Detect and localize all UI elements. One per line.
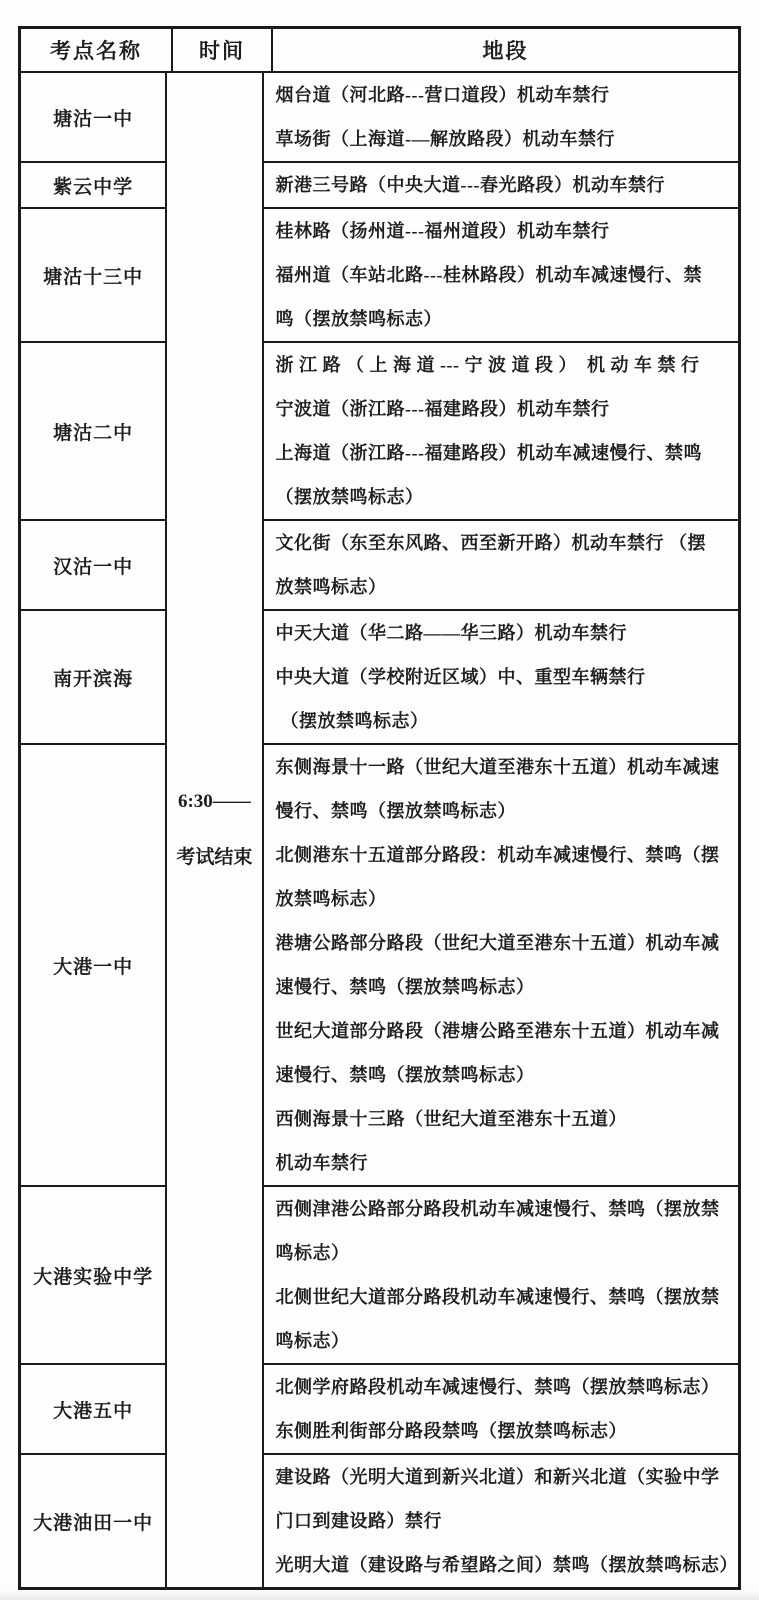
road-section-line: （摆放禁鸣标志）	[276, 475, 739, 519]
road-section-line: 西侧津港公路部分路段机动车减速慢行、禁鸣（摆放禁	[276, 1187, 739, 1231]
road-section-line: 门口到建设路）禁行	[276, 1499, 739, 1543]
road-section-line: 东侧海景十一路（世纪大道至港东十五道）机动车减速	[276, 745, 739, 789]
road-section-line: 北侧世纪大道部分路段机动车减速慢行、禁鸣（摆放禁	[276, 1275, 739, 1319]
table-body: 塘沽一中紫云中学塘沽十三中塘沽二中汉沽一中南开滨海大港一中大港实验中学大港五中大…	[21, 73, 738, 1587]
road-section-line: 机动车禁行	[276, 1141, 739, 1185]
road-section-cell: 东侧海景十一路（世纪大道至港东十五道）机动车减速慢行、禁鸣（摆放禁鸣标志）北侧港…	[264, 745, 739, 1187]
site-name-cell: 大港实验中学	[21, 1187, 165, 1365]
table-header-row: 考点名称 时间 地段	[21, 29, 738, 73]
road-section-cell: 西侧津港公路部分路段机动车减速慢行、禁鸣（摆放禁鸣标志）北侧世纪大道部分路段机动…	[264, 1187, 739, 1365]
road-section-line: 放禁鸣标志）	[276, 565, 739, 609]
road-section-line: 北侧港东十五道部分路段：机动车减速慢行、禁鸣（摆	[276, 833, 739, 877]
road-section-line: 文化街（东至东风路、西至新开路）机动车禁行 （摆	[276, 521, 739, 565]
road-section-line: 鸣标志）	[276, 1319, 739, 1363]
site-name-cell: 塘沽一中	[21, 73, 165, 163]
header-time: 时间	[173, 29, 273, 71]
road-section-line: 鸣（摆放禁鸣标志）	[276, 297, 739, 341]
exam-traffic-table: 考点名称 时间 地段 塘沽一中紫云中学塘沽十三中塘沽二中汉沽一中南开滨海大港一中…	[18, 26, 741, 1590]
road-section-line: 浙 江 路 （ 上 海 道 --- 宁 波 道 段 ） 机 动 车 禁 行	[276, 343, 739, 387]
road-section-line: 建设路（光明大道到新兴北道）和新兴北道（实验中学	[276, 1455, 739, 1499]
road-section-line: （摆放禁鸣标志）	[276, 699, 739, 743]
road-section-cell: 烟台道（河北路---营口道段）机动车禁行草场街（上海道-—解放路段）机动车禁行	[264, 73, 739, 163]
site-name-column: 塘沽一中紫云中学塘沽十三中塘沽二中汉沽一中南开滨海大港一中大港实验中学大港五中大…	[21, 73, 167, 1587]
header-site-name: 考点名称	[21, 29, 173, 71]
site-name-cell: 南开滨海	[21, 611, 165, 745]
road-section-line: 港塘公路部分路段（世纪大道至港东十五道）机动车减	[276, 921, 739, 965]
road-section-line: 北侧学府路段机动车减速慢行、禁鸣（摆放禁鸣标志）	[276, 1365, 739, 1409]
road-section-line: 西侧海景十三路（世纪大道至港东十五道）	[276, 1097, 739, 1141]
site-name-cell: 大港一中	[21, 745, 165, 1187]
road-section-line: 草场街（上海道-—解放路段）机动车禁行	[276, 117, 739, 161]
road-section-cell: 浙 江 路 （ 上 海 道 --- 宁 波 道 段 ） 机 动 车 禁 行宁波道…	[264, 343, 739, 521]
road-section-line: 中天大道（华二路——华三路）机动车禁行	[276, 611, 739, 655]
site-name-cell: 塘沽二中	[21, 343, 165, 521]
time-merged-cell: 6:30—— 考试结束	[167, 73, 263, 1587]
road-section-cell: 文化街（东至东风路、西至新开路）机动车禁行 （摆放禁鸣标志）	[264, 521, 739, 611]
road-section-line: 上海道（浙江路---福建路段）机动车减速慢行、禁鸣	[276, 431, 739, 475]
site-name-cell: 大港油田一中	[21, 1455, 165, 1587]
road-section-line: 慢行、禁鸣（摆放禁鸣标志）	[276, 789, 739, 833]
road-section-line: 鸣标志）	[276, 1231, 739, 1275]
road-section-line: 桂林路（扬州道---福州道段）机动车禁行	[276, 209, 739, 253]
road-section-cell: 新港三号路（中央大道---春光路段）机动车禁行	[264, 163, 739, 209]
road-section-cell: 北侧学府路段机动车减速慢行、禁鸣（摆放禁鸣标志）东侧胜利街部分路段禁鸣（摆放禁鸣…	[264, 1365, 739, 1455]
road-section-line: 放禁鸣标志）	[276, 877, 739, 921]
road-section-line: 福州道（车站北路---桂林路段）机动车减速慢行、禁	[276, 253, 739, 297]
site-name-cell: 塘沽十三中	[21, 209, 165, 343]
time-start: 6:30——	[178, 774, 251, 830]
site-name-cell: 汉沽一中	[21, 521, 165, 611]
road-section-column: 烟台道（河北路---营口道段）机动车禁行草场街（上海道-—解放路段）机动车禁行新…	[264, 73, 739, 1587]
road-section-cell: 中天大道（华二路——华三路）机动车禁行中央大道（学校附近区域）中、重型车辆禁行 …	[264, 611, 739, 745]
road-section-line: 东侧胜利街部分路段禁鸣（摆放禁鸣标志）	[276, 1409, 739, 1453]
road-section-line: 宁波道（浙江路---福建路段）机动车禁行	[276, 387, 739, 431]
road-section-line: 速慢行、禁鸣（摆放禁鸣标志）	[276, 965, 739, 1009]
road-section-line: 世纪大道部分路段（港塘公路至港东十五道）机动车减	[276, 1009, 739, 1053]
site-name-cell: 大港五中	[21, 1365, 165, 1455]
document-page: 考点名称 时间 地段 塘沽一中紫云中学塘沽十三中塘沽二中汉沽一中南开滨海大港一中…	[0, 0, 759, 1600]
photo-bottom-edge	[0, 1590, 759, 1600]
road-section-line: 烟台道（河北路---营口道段）机动车禁行	[276, 73, 739, 117]
site-name-cell: 紫云中学	[21, 163, 165, 209]
road-section-line: 速慢行、禁鸣（摆放禁鸣标志）	[276, 1053, 739, 1097]
road-section-line: 中央大道（学校附近区域）中、重型车辆禁行	[276, 655, 739, 699]
road-section-cell: 建设路（光明大道到新兴北道）和新兴北道（实验中学门口到建设路）禁行光明大道（建设…	[264, 1455, 739, 1587]
road-section-line: 光明大道（建设路与希望路之间）禁鸣（摆放禁鸣标志）	[276, 1543, 739, 1587]
time-end: 考试结束	[176, 830, 252, 886]
header-road-section: 地段	[273, 29, 738, 71]
road-section-cell: 桂林路（扬州道---福州道段）机动车禁行福州道（车站北路---桂林路段）机动车减…	[264, 209, 739, 343]
road-section-line: 新港三号路（中央大道---春光路段）机动车禁行	[276, 163, 739, 207]
